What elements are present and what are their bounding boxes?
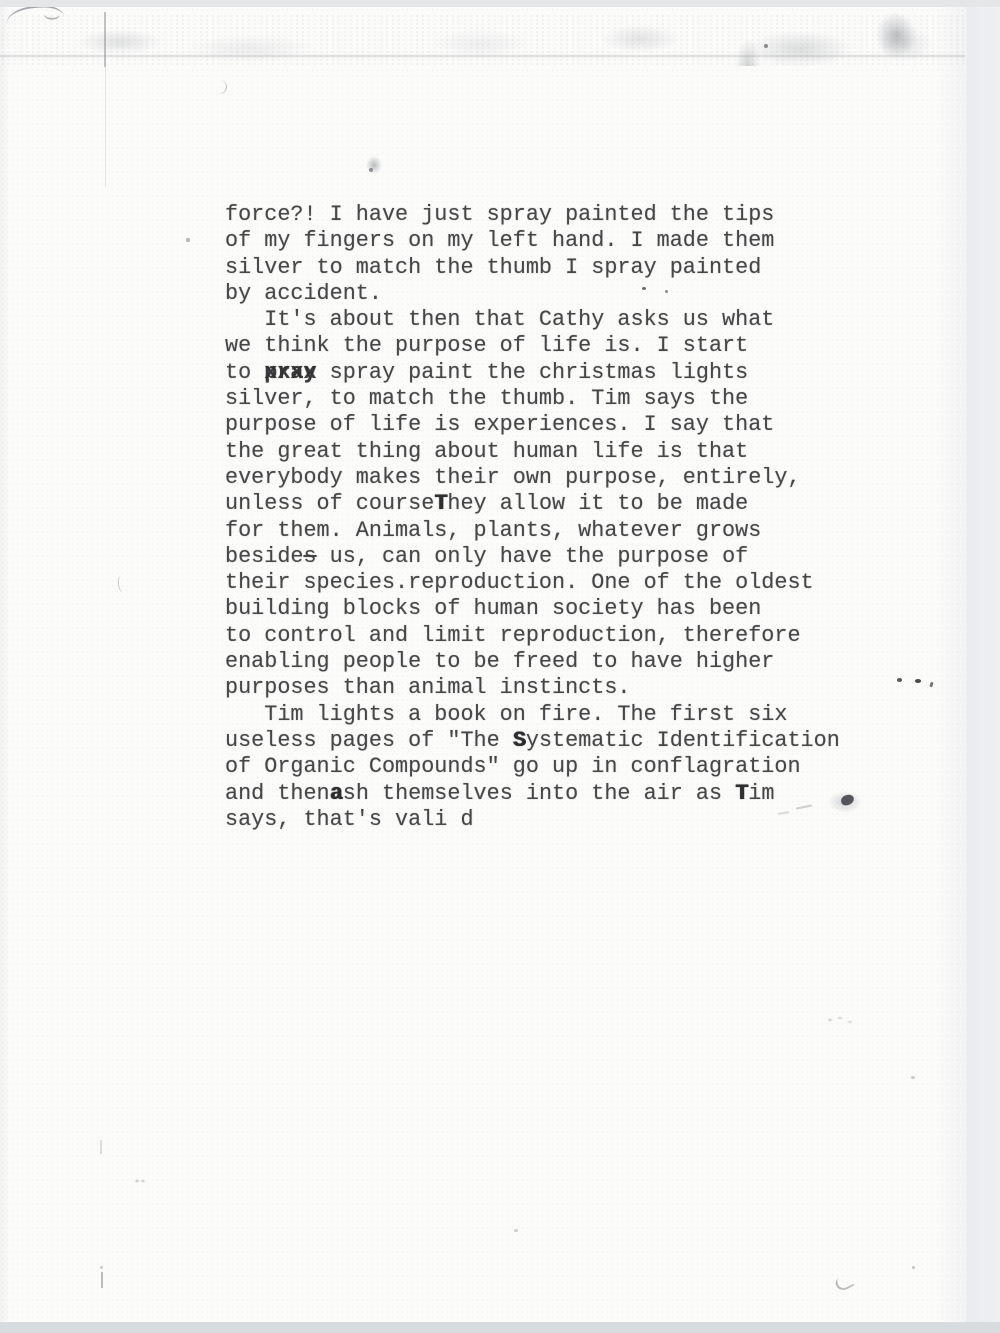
text-line: to control and limit reproduction, there… <box>225 623 840 649</box>
text-line: of Organic Compounds" go up in conflagra… <box>225 754 840 780</box>
text-line: silver, to match the thumb. Tim says the <box>225 386 840 412</box>
text-line: the great thing about human life is that <box>225 439 840 465</box>
text-line: building blocks of human society has bee… <box>225 596 840 622</box>
text-line: to pray spray paint the christmas lights <box>225 360 840 386</box>
text-line: says, that's vali d <box>225 807 840 833</box>
text-line: purposes than animal instincts. <box>225 675 840 701</box>
text-line: and thenash themselves into the air as T… <box>225 781 840 807</box>
text-line: useless pages of "The Systematic Identif… <box>225 728 840 754</box>
text-line: everybody makes their own purpose, entir… <box>225 465 840 491</box>
text-line: enabling people to be freed to have high… <box>225 649 840 675</box>
scanned-page: force?! I have just spray painted the ti… <box>0 7 967 1322</box>
text-line: purpose of life is experiences. I say th… <box>225 412 840 438</box>
text-line: of my fingers on my left hand. I made th… <box>225 228 840 254</box>
text-line: It's about then that Cathy asks us what <box>225 307 840 333</box>
text-line: force?! I have just spray painted the ti… <box>225 202 840 228</box>
text-line: we think the purpose of life is. I start <box>225 333 840 359</box>
text-line: besides us, can only have the purpose of <box>225 544 840 570</box>
text-line: unless of courseThey allow it to be made <box>225 491 840 517</box>
text-line: Tim lights a book on fire. The first six <box>225 702 840 728</box>
text-line: by accident. <box>225 281 840 307</box>
scan-edge-bottom <box>0 1322 1000 1333</box>
typewritten-text: force?! I have just spray painted the ti… <box>225 202 840 833</box>
text-line: for them. Animals, plants, whatever grow… <box>225 518 840 544</box>
scan-edge-right <box>967 7 1000 1322</box>
text-line: their species.reproduction. One of the o… <box>225 570 840 596</box>
text-line: silver to match the thumb I spray painte… <box>225 255 840 281</box>
scan-edge-top <box>0 0 1000 7</box>
